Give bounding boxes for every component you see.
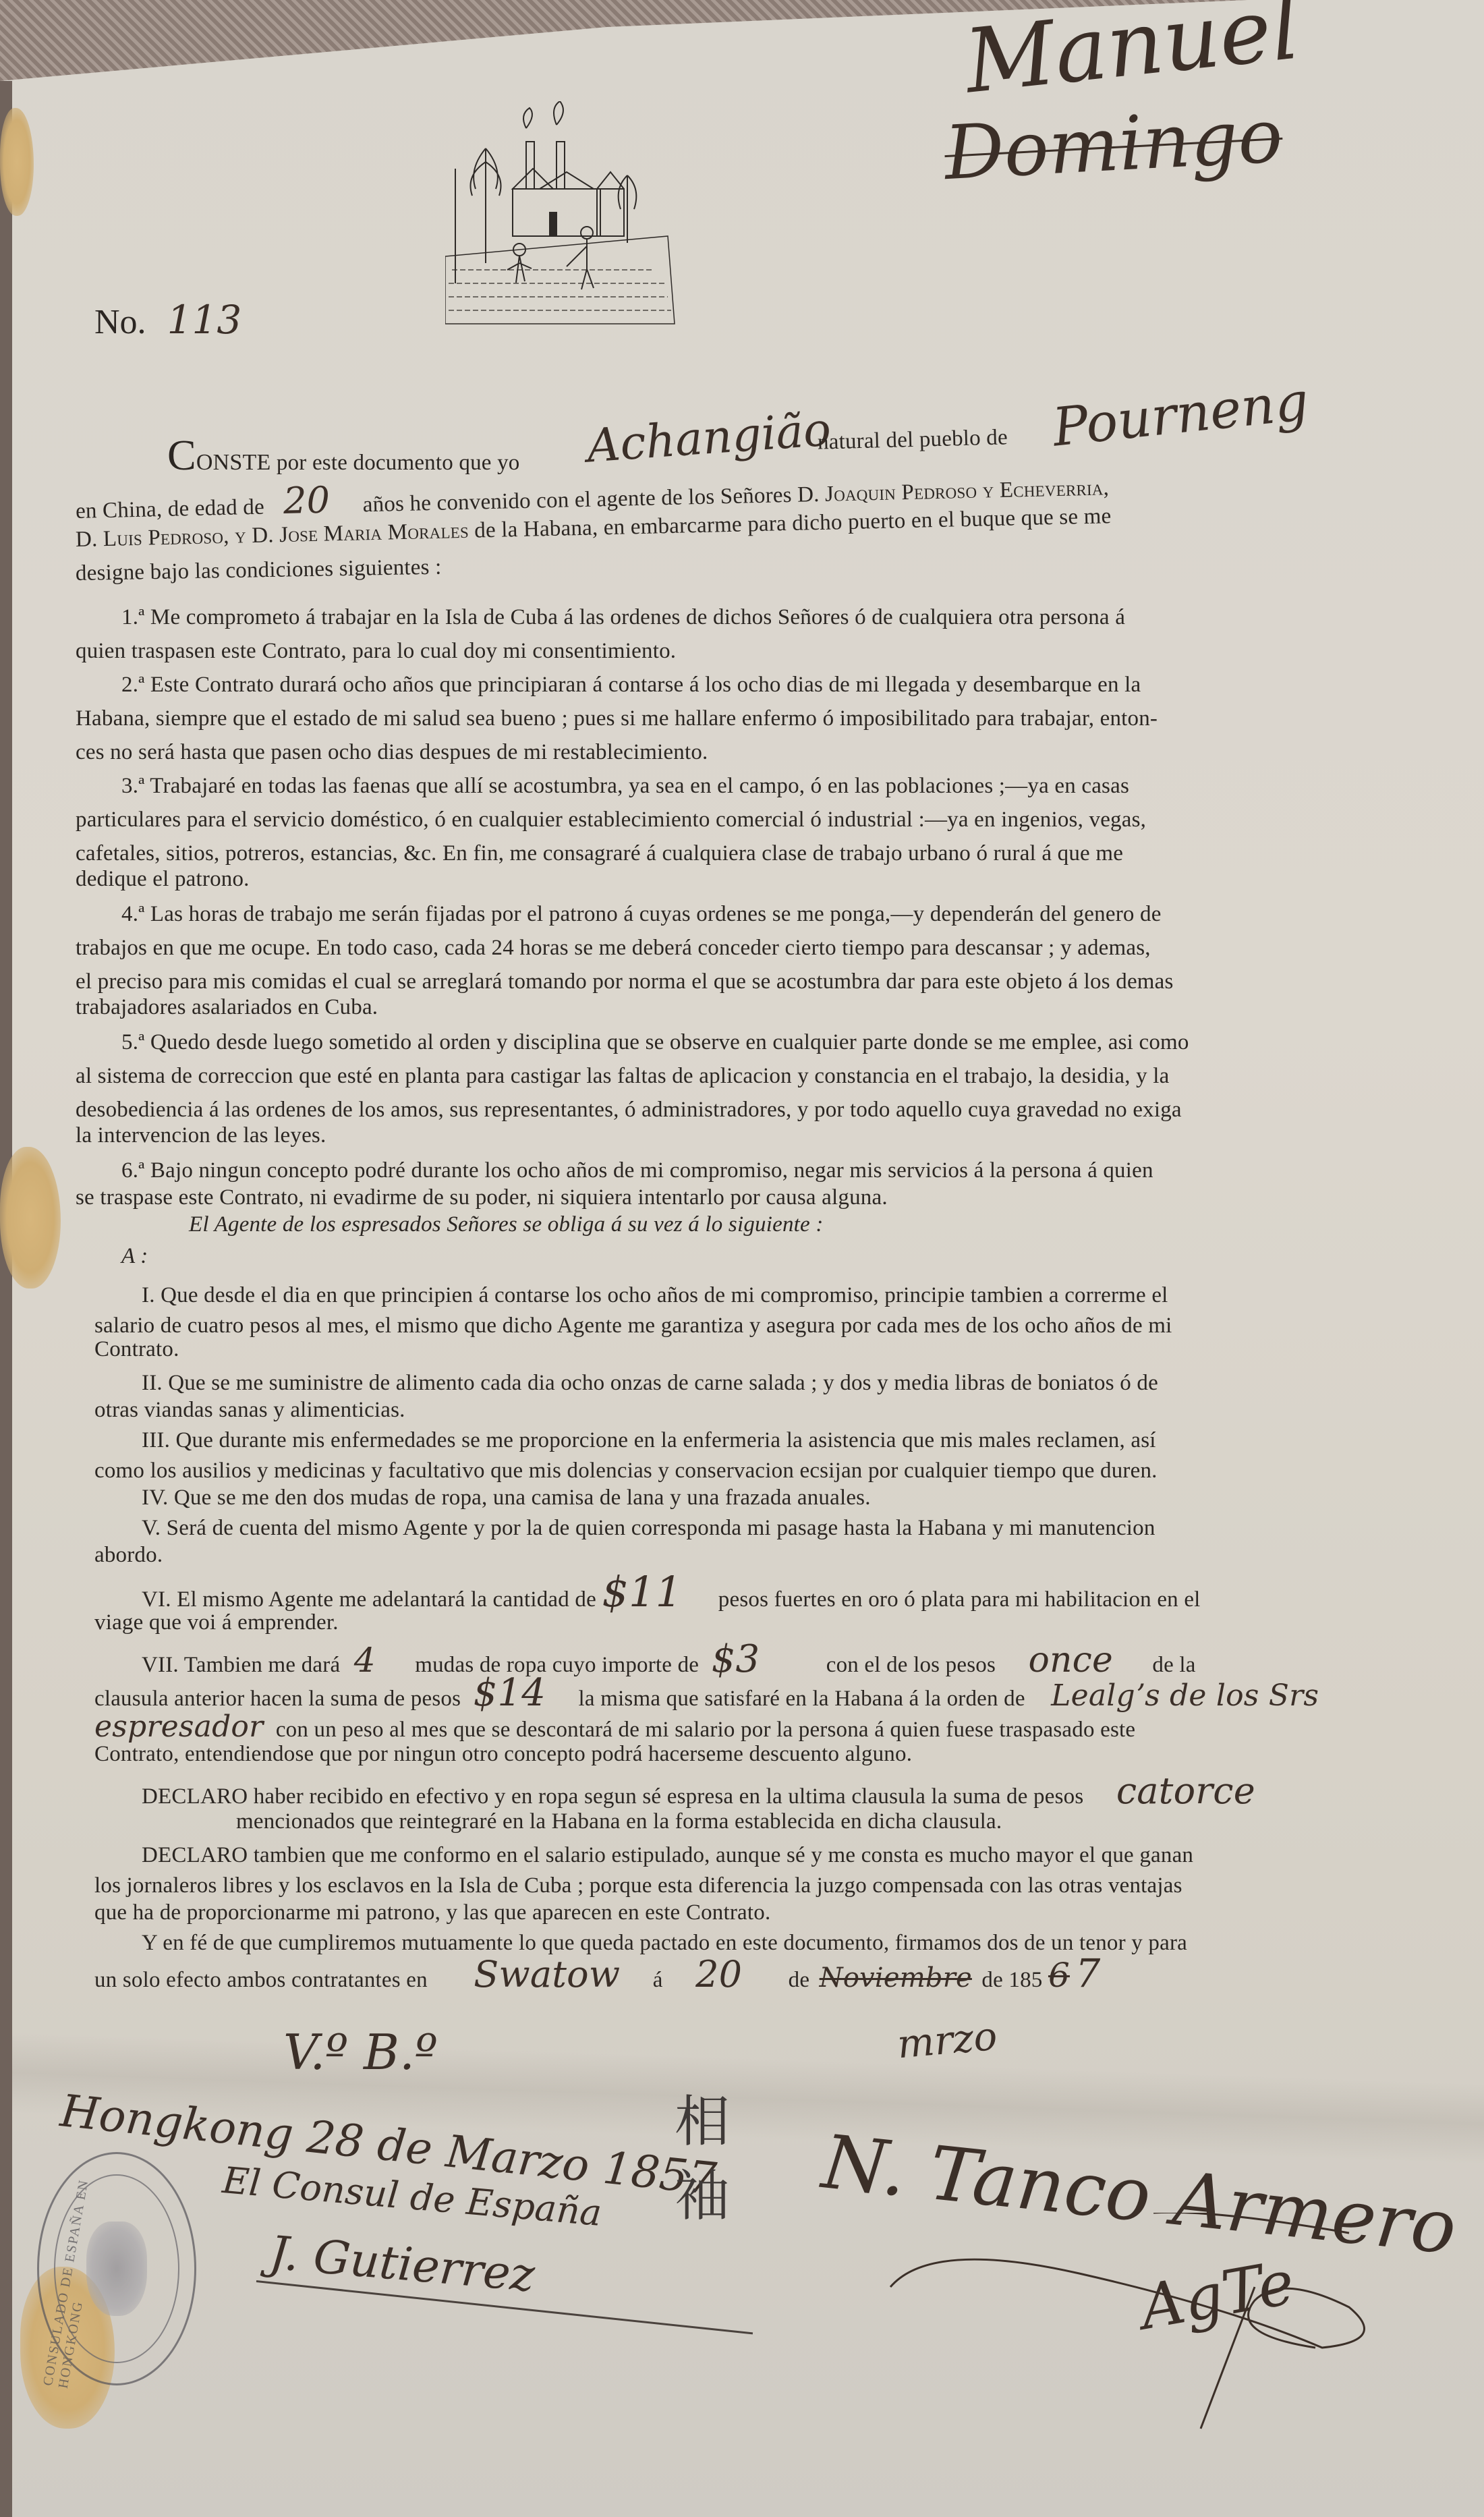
clause-3-line-1: 3.ª Trabajaré en todas las faenas que al…	[121, 772, 1129, 799]
clause-vii-text-a: VII. Tambien me dará	[142, 1653, 340, 1677]
declaro-2-line-3: que ha de proporcionarme mi patrono, y l…	[94, 1899, 770, 1926]
handwritten-declared-sum: catorce	[1116, 1770, 1255, 1812]
handwritten-place-signed: Swatow	[474, 1953, 620, 1996]
declaro-1-line-2: mencionados que reintegraré en la Habana…	[236, 1808, 1002, 1835]
closing-text-c: á	[653, 1968, 663, 1992]
handwritten-age: 20	[283, 478, 331, 522]
closing-line-2: un solo efecto ambos contratantes en Swa…	[94, 1960, 1101, 1993]
declaro-1-label: DECLARO	[142, 1784, 248, 1809]
document-left-edge	[0, 81, 12, 2517]
declaro-2-label: DECLARO	[142, 1843, 248, 1867]
clause-vii-text-c: con el de los pesos	[826, 1653, 996, 1677]
closing-text-b: un solo efecto ambos contratantes en	[94, 1968, 428, 1992]
handwritten-order-of: Lealgʼs de los Srs	[1051, 1678, 1319, 1713]
clause-vii-text-b: mudas de ropa cuyo importe de	[415, 1653, 699, 1677]
clause-vii-line-4: Contrato, entendiendose que por ningun o…	[94, 1741, 912, 1767]
header-text-1b: natural del pueblo de	[818, 424, 1008, 455]
closing-text-d: de	[789, 1968, 810, 1992]
clause-4-line-2: trabajos en que me ocupe. En todo caso, …	[76, 934, 1151, 961]
clause-vi-text-b: pesos fuertes en oro ó plata para mi hab…	[718, 1587, 1201, 1612]
declaro-2-line-1: DECLARO tambien que me conformo en el sa…	[142, 1842, 1193, 1869]
closing-year-prefix: de 185	[981, 1968, 1042, 1992]
document-number: No. 113	[94, 297, 241, 343]
chinese-character-2: 袖	[675, 2152, 730, 2231]
handwritten-year-digit: 7	[1075, 1950, 1100, 1996]
obligation-1-line-3: Contrato.	[94, 1336, 179, 1363]
handwritten-clothing-cost: $3	[712, 1637, 760, 1681]
obligation-1-line-2: salario de cuatro pesos al mes, el mismo…	[94, 1312, 1172, 1339]
consulate-seal-stamp: CONSULADO DE ESPAÑA EN HONGKONG	[37, 2152, 196, 2385]
clause-vi-line-2: viage que voi á emprender.	[94, 1609, 339, 1636]
obligation-2-line-1: II. Que se me suministre de alimento cad…	[142, 1369, 1158, 1396]
clause-5-line-1: 5.ª Quedo desde luego sometido al orden …	[121, 1029, 1189, 1056]
clause-3-line-3: cafetales, sitios, potreros, estancias, …	[76, 840, 1123, 867]
declaro-1-text-a: haber recibido en efectivo y en ropa seg…	[254, 1784, 1084, 1809]
declaro-2-text-a: tambien que me conformo en el salario es…	[254, 1843, 1193, 1867]
obligation-5-line-1: V. Será de cuenta del mismo Agente y por…	[142, 1515, 1155, 1542]
header-text-2c: D. Joaquin Pedroso y Echeverria,	[797, 476, 1110, 507]
clause-vi-text-a: VI. El mismo Agente me adelantará la can…	[142, 1587, 596, 1612]
agent-signature-flourish-icon	[877, 2213, 1417, 2496]
header-line-1: CONSTE por este documento que yo	[167, 442, 519, 476]
clause-vii-line-3: espresador con un peso al mes que se des…	[94, 1714, 1135, 1743]
plantation-illustration-icon	[445, 101, 681, 331]
clause-4-line-4: trabajadores asalariados en Cuba.	[76, 994, 378, 1021]
handwritten-struck-surname: Domingo	[942, 92, 1284, 196]
handwritten-expresado: espresador	[94, 1709, 263, 1744]
obligation-2-line-2: otras viandas sanas y alimenticias.	[94, 1396, 405, 1423]
clause-vii-text-e: clausula anterior hacen la suma de pesos	[94, 1687, 461, 1711]
declaro-1-line-1: DECLARO haber recibido en efectivo y en …	[142, 1778, 1255, 1810]
visto-bueno: V.º B.º	[283, 2024, 438, 2081]
conste-drop-cap: C	[167, 431, 196, 479]
clause-2-line-3: ces no será hasta que pasen ocho dias de…	[76, 739, 708, 766]
clause-1-line-1: 1.ª Me comprometo á trabajar en la Isla …	[121, 604, 1125, 631]
clause-4-line-3: el preciso para mis comidas el cual se a…	[76, 968, 1174, 995]
clause-3-line-4: dedique el patrono.	[76, 866, 250, 893]
handwritten-total-sum: $14	[474, 1671, 546, 1715]
header-text-1a: por este documento que yo	[277, 451, 520, 475]
handwritten-advance-amount: $11	[602, 1567, 682, 1616]
document-number-label: No.	[94, 303, 146, 341]
obligation-3-line-1: III. Que durante mis enfermedades se me …	[142, 1427, 1156, 1454]
agent-obligations-a: A :	[121, 1243, 148, 1270]
chinese-character-1: 相	[675, 2078, 730, 2157]
clause-2-line-2: Habana, siempre que el estado de mi salu…	[76, 705, 1158, 732]
clause-5-line-4: la intervencion de las leyes.	[76, 1122, 326, 1149]
clause-vii-text-f: la misma que satisfaré en la Habana á la…	[579, 1687, 1025, 1711]
handwritten-total-words: once	[1028, 1640, 1113, 1680]
handwritten-year-digit-struck: 6	[1048, 1956, 1070, 1995]
agent-obligations-heading: El Agente de los espresados Señores se o…	[189, 1211, 824, 1238]
clause-vi-line-1: VI. El mismo Agente me adelantará la can…	[142, 1579, 1201, 1613]
clause-vii-line-1: VII. Tambien me dará 4 mudas de ropa cuy…	[142, 1646, 1196, 1678]
obligation-1-line-1: I. Que desde el dia en que principien á …	[142, 1282, 1168, 1309]
clause-1-line-2: quien traspasen este Contrato, para lo c…	[76, 638, 676, 664]
handwritten-month-struck: Noviembre	[820, 1962, 972, 1993]
conste-word: ONSTE	[196, 450, 271, 475]
clause-4-line-1: 4.ª Las horas de trabajo me serán fijada…	[121, 901, 1162, 928]
clause-2-line-1: 2.ª Este Contrato durará ocho años que p…	[121, 671, 1141, 698]
sugar-plantation-vignette	[445, 101, 681, 331]
clause-3-line-2: particulares para el servicio doméstico,…	[76, 806, 1146, 833]
document-number-value: 113	[167, 297, 242, 343]
clause-vii-text-g: con un peso al mes que se descontará de …	[276, 1718, 1135, 1742]
clause-vii-text-d: de la	[1152, 1653, 1195, 1677]
closing-line-1: Y en fé de que cumpliremos mutuamente lo…	[142, 1929, 1187, 1956]
obligation-3-line-2: como los ausilios y medicinas y facultat…	[94, 1457, 1158, 1484]
clause-6-line-1: 6.ª Bajo ningun concepto podré durante l…	[121, 1157, 1153, 1184]
obligation-4-line-1: IV. Que se me den dos mudas de ropa, una…	[142, 1484, 871, 1511]
clause-5-line-2: al sistema de correccion que esté en pla…	[76, 1063, 1170, 1090]
handwritten-clothing-sets: 4	[354, 1641, 376, 1680]
clause-vii-line-2: clausula anterior hacen la suma de pesos…	[94, 1680, 1319, 1712]
obligation-5-line-2: abordo.	[94, 1542, 163, 1568]
header-text-2a: en China, de edad de	[76, 495, 265, 524]
handwritten-month-signed: mrzo	[895, 2013, 999, 2068]
handwritten-day-signed: 20	[695, 1953, 742, 1996]
clause-6-line-2: se traspase este Contrato, ni evadirme d…	[76, 1184, 888, 1211]
declaro-2-line-2: los jornaleros libres y los esclavos en …	[94, 1872, 1182, 1899]
clause-5-line-3: desobediencia á las ordenes de los amos,…	[76, 1096, 1182, 1123]
